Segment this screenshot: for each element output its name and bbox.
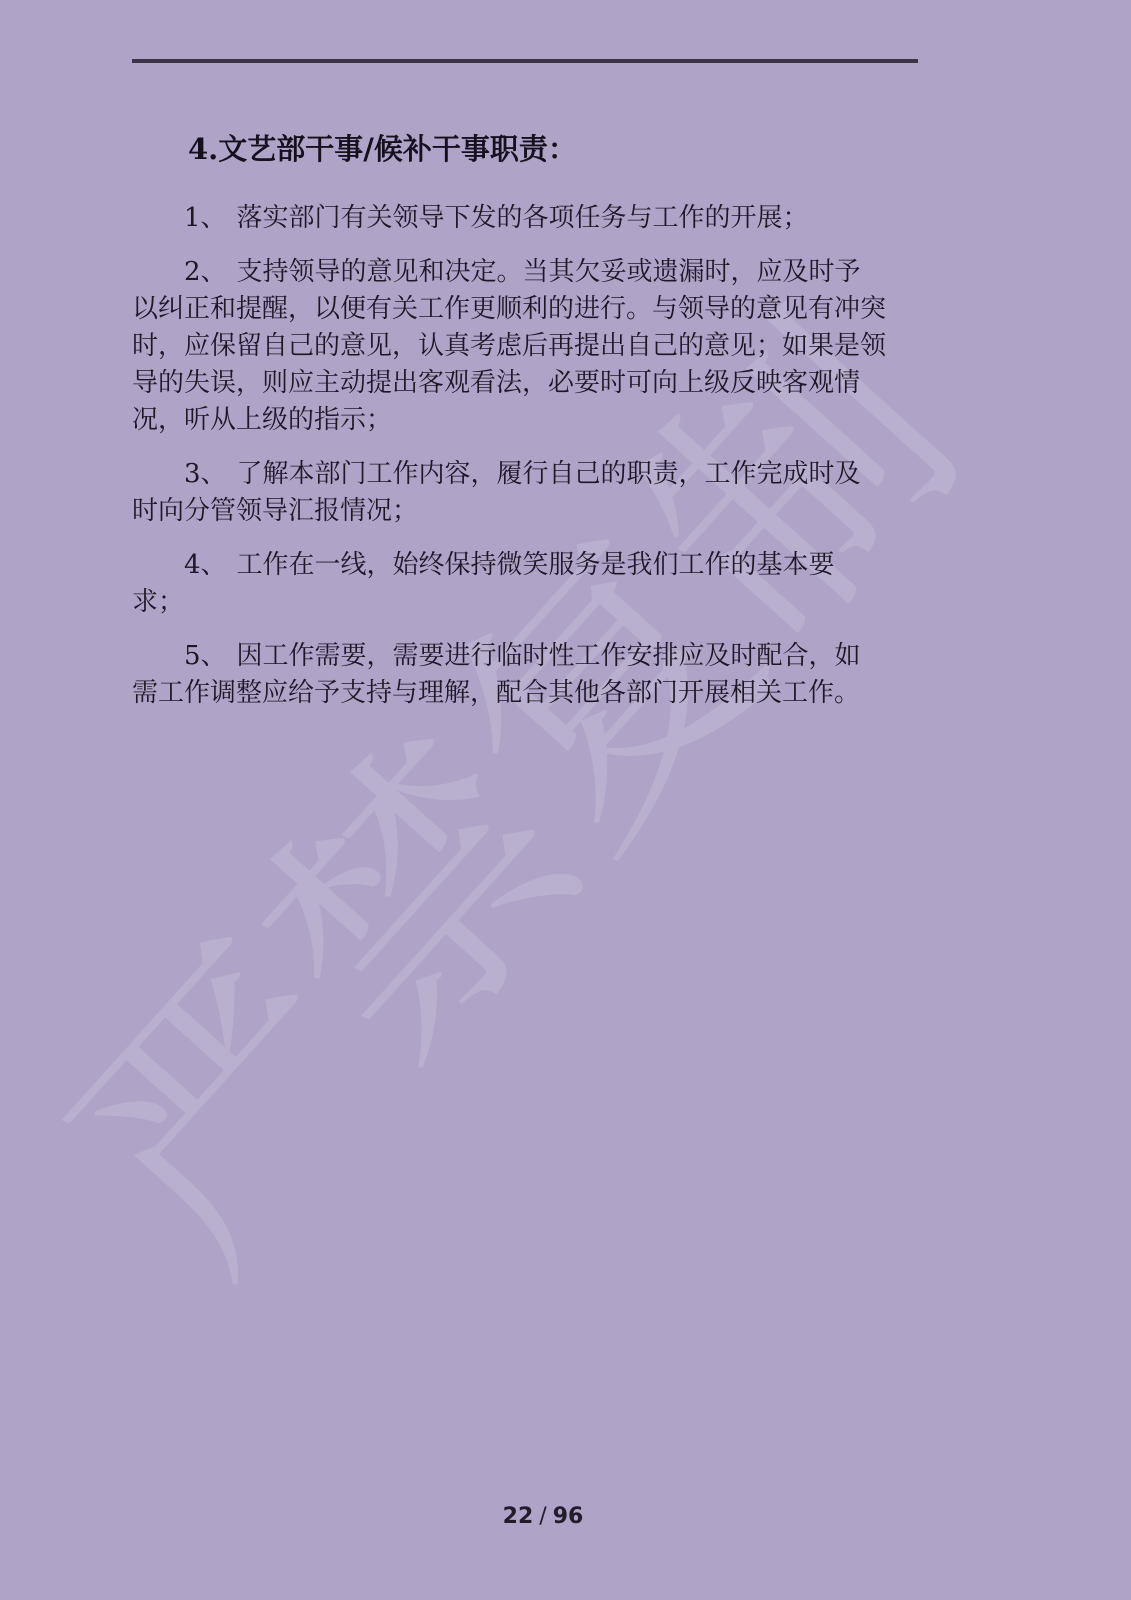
document-page: 严禁复制 4.文艺部干事/候补干事职责： 1、落实部门有关领导下发的各项任务与工… [0,0,1131,1600]
list-item-number: 3、 [184,459,227,489]
list-item-text: 了解本部门工作内容，履行自己的职责，工作完成时及 [237,459,861,489]
list-item-5: 5、因工作需要，需要进行临时性工作安排应及时配合，如需工作调整应给予支持与理解，… [132,638,918,712]
page-number-footer: 22/96 [0,1502,1086,1532]
list-item-wrap-line: 需工作调整应给予支持与理解，配合其他各部门开展相关工作。 [132,675,918,712]
list-item-4: 4、工作在一线，始终保持微笑服务是我们工作的基本要求； [132,547,918,621]
list-item-wrap-line: 以纠正和提醒，以便有关工作更顺利的进行。与领导的意见有冲突 [132,291,918,328]
list-item-number: 2、 [184,257,227,287]
numbered-list: 1、落实部门有关领导下发的各项任务与工作的开展；2、支持领导的意见和决定。当其欠… [132,200,918,712]
page-number-separator: / [533,1504,552,1529]
list-item-wrap-line: 求； [132,584,918,621]
list-item-wrap-line: 导的失误，则应主动提出客观看法，必要时可向上级反映客观情 [132,365,918,402]
section-heading: 4.文艺部干事/候补干事职责： [188,130,918,168]
list-item-number: 5、 [184,641,227,671]
page-number-current: 22 [503,1504,534,1529]
list-item-1: 1、落实部门有关领导下发的各项任务与工作的开展； [132,200,918,237]
list-item-text: 因工作需要，需要进行临时性工作安排应及时配合，如 [237,641,861,671]
document-content: 4.文艺部干事/候补干事职责： 1、落实部门有关领导下发的各项任务与工作的开展；… [132,130,918,729]
list-item-3: 3、了解本部门工作内容，履行自己的职责，工作完成时及时向分管领导汇报情况； [132,456,918,530]
list-item-text: 支持领导的意见和决定。当其欠妥或遗漏时，应及时予 [237,257,861,287]
list-item-text: 工作在一线，始终保持微笑服务是我们工作的基本要 [237,550,835,580]
list-item-first-line: 2、支持领导的意见和决定。当其欠妥或遗漏时，应及时予 [132,254,918,291]
list-item-wrap-line: 时向分管领导汇报情况； [132,493,918,530]
list-item-text: 落实部门有关领导下发的各项任务与工作的开展； [237,203,809,233]
list-item-first-line: 5、因工作需要，需要进行临时性工作安排应及时配合，如 [132,638,918,675]
list-item-number: 1、 [184,203,227,233]
list-item-wrap-line: 况，听从上级的指示； [132,402,918,439]
list-item-wrap-line: 时，应保留自己的意见，认真考虑后再提出自己的意见；如果是领 [132,328,918,365]
list-item-first-line: 4、工作在一线，始终保持微笑服务是我们工作的基本要 [132,547,918,584]
header-rule-line [132,59,918,63]
list-item-first-line: 3、了解本部门工作内容，履行自己的职责，工作完成时及 [132,456,918,493]
list-item-number: 4、 [184,550,227,580]
list-item-first-line: 1、落实部门有关领导下发的各项任务与工作的开展； [132,200,918,237]
list-item-2: 2、支持领导的意见和决定。当其欠妥或遗漏时，应及时予以纠正和提醒，以便有关工作更… [132,254,918,439]
page-number-total: 96 [553,1504,584,1529]
